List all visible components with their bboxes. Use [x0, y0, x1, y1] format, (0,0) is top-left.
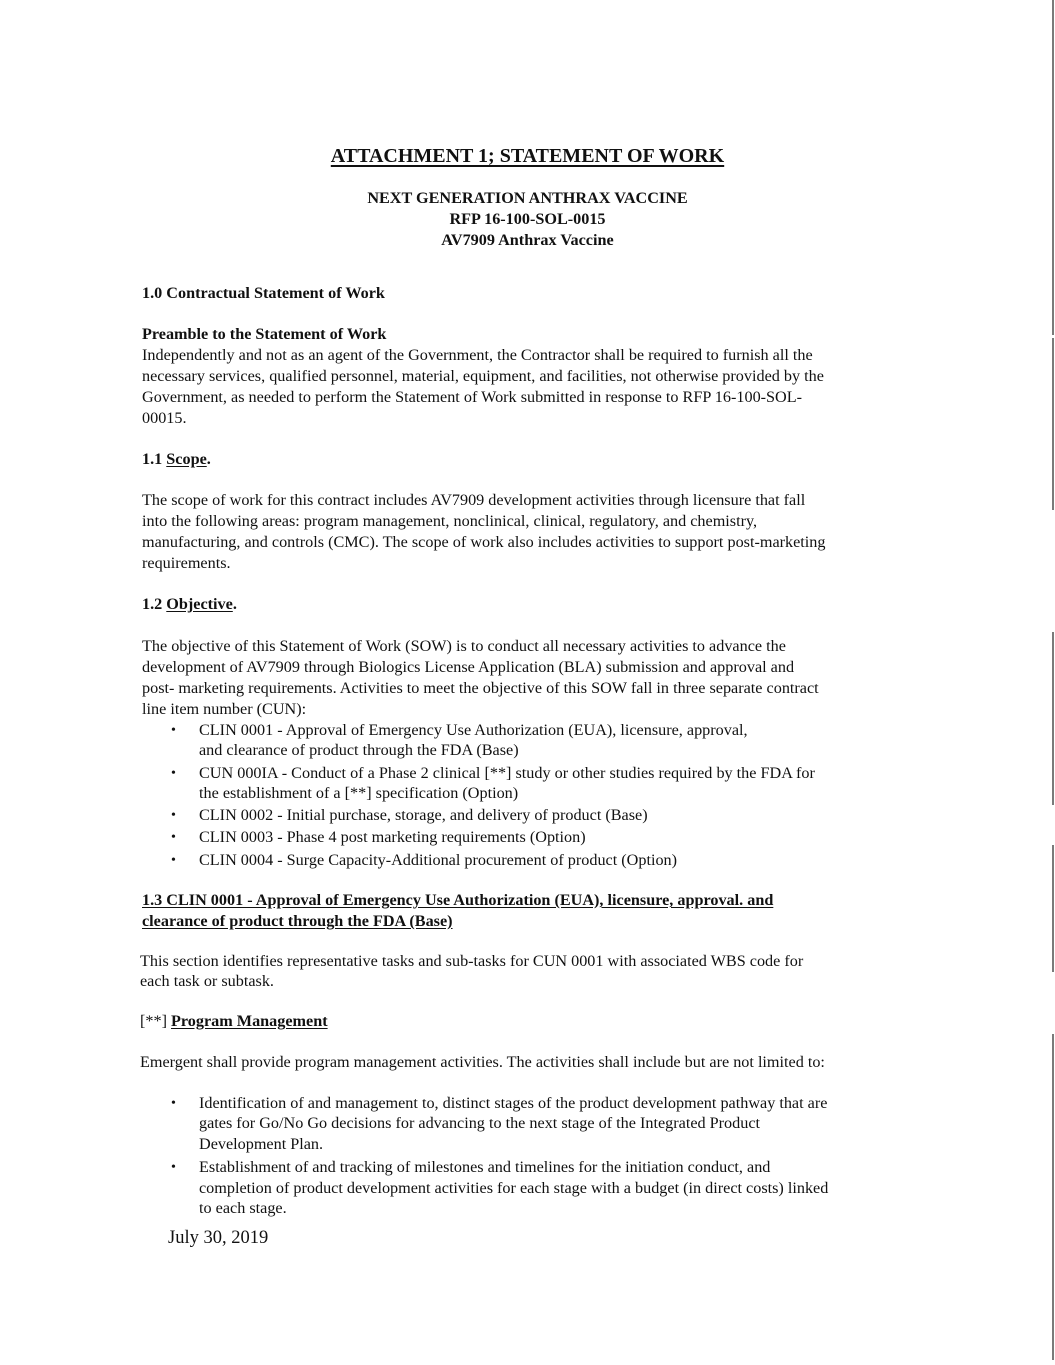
clin-list-item-cont: and clearance of product through the FDA… [199, 740, 519, 761]
redaction-marker: [**] [140, 1012, 171, 1030]
clin-list-item: CLIN 0002 - Initial purchase, storage, a… [199, 805, 648, 826]
section-number: 1.1 [142, 450, 166, 468]
program-management-title: Program Management [171, 1012, 328, 1030]
clin-list-item: CLIN 0003 - Phase 4 post marketing requi… [199, 827, 586, 848]
scan-edge-line [1052, 632, 1054, 805]
preamble-heading: Preamble to the Statement of Work [142, 324, 386, 345]
document-subtitle-3: AV7909 Anthrax Vaccine [0, 230, 1055, 251]
section-suffix: . [207, 450, 211, 468]
section-suffix: . [233, 595, 237, 613]
scope-line: requirements. [142, 553, 231, 574]
scan-edge-line [1052, 1034, 1054, 1360]
scan-edge-line [1052, 338, 1054, 510]
clin-list-item: CLIN 0004 - Surge Capacity-Additional pr… [199, 850, 677, 871]
bullet-icon: • [171, 827, 176, 848]
bullet-icon: • [171, 850, 176, 871]
section-1-3-intro: each task or subtask. [140, 971, 274, 992]
footer-date: July 30, 2019 [168, 1228, 268, 1249]
section-1-2-heading: 1.2 Objective. [142, 594, 237, 615]
scope-line: into the following areas: program manage… [142, 511, 757, 532]
section-1-0-heading: 1.0 Contractual Statement of Work [142, 283, 385, 304]
section-1-1-heading: 1.1 Scope. [142, 449, 211, 470]
document-subtitle-1: NEXT GENERATION ANTHRAX VACCINE [0, 188, 1055, 209]
program-management-heading: [**] Program Management [140, 1011, 328, 1032]
section-1-3-heading: 1.3 CLIN 0001 - Approval of Emergency Us… [142, 890, 773, 911]
objective-line: development of AV7909 through Biologics … [142, 657, 794, 678]
program-management-intro: Emergent shall provide program managemen… [140, 1052, 825, 1073]
objective-line: line item number (CUN): [142, 699, 306, 720]
section-title: Scope [166, 450, 206, 468]
section-1-3-intro: This section identifies representative t… [140, 951, 803, 972]
bullet-icon: • [171, 1093, 176, 1114]
bullet-icon: • [171, 763, 176, 784]
pm-list-item-cont: Development Plan. [199, 1134, 323, 1155]
objective-line: The objective of this Statement of Work … [142, 636, 786, 657]
preamble-line: Government, as needed to perform the Sta… [142, 387, 802, 408]
pm-list-item: Establishment of and tracking of milesto… [199, 1157, 770, 1178]
section-1-3-heading-cont: clearance of product through the FDA (Ba… [142, 911, 453, 932]
section-title: Objective [166, 595, 233, 613]
scope-line: The scope of work for this contract incl… [142, 490, 805, 511]
clin-list-item: CLIN 0001 - Approval of Emergency Use Au… [199, 720, 748, 741]
pm-list-item-cont: gates for Go/No Go decisions for advanci… [199, 1113, 760, 1134]
clin-list-item-cont: the establishment of a [**] specificatio… [199, 783, 518, 804]
pm-list-item-cont: completion of product development activi… [199, 1178, 828, 1199]
preamble-line: necessary services, qualified personnel,… [142, 366, 824, 387]
section-number: 1.2 [142, 595, 166, 613]
document-subtitle-2: RFP 16-100-SOL-0015 [0, 209, 1055, 230]
bullet-icon: • [171, 805, 176, 826]
bullet-icon: • [171, 1157, 176, 1178]
scan-edge-line [1052, 0, 1054, 335]
objective-line: post- marketing requirements. Activities… [142, 678, 819, 699]
scan-edge-line [1052, 845, 1054, 972]
pm-list-item-cont: to each stage. [199, 1198, 287, 1219]
bullet-icon: • [171, 720, 176, 741]
document-title: ATTACHMENT 1; STATEMENT OF WORK [0, 146, 1055, 167]
preamble-line: Independently and not as an agent of the… [142, 345, 813, 366]
pm-list-item: Identification of and management to, dis… [199, 1093, 827, 1114]
scope-line: manufacturing, and controls (CMC). The s… [142, 532, 825, 553]
clin-list-item: CUN 000IA - Conduct of a Phase 2 clinica… [199, 763, 815, 784]
preamble-line: 00015. [142, 408, 187, 429]
